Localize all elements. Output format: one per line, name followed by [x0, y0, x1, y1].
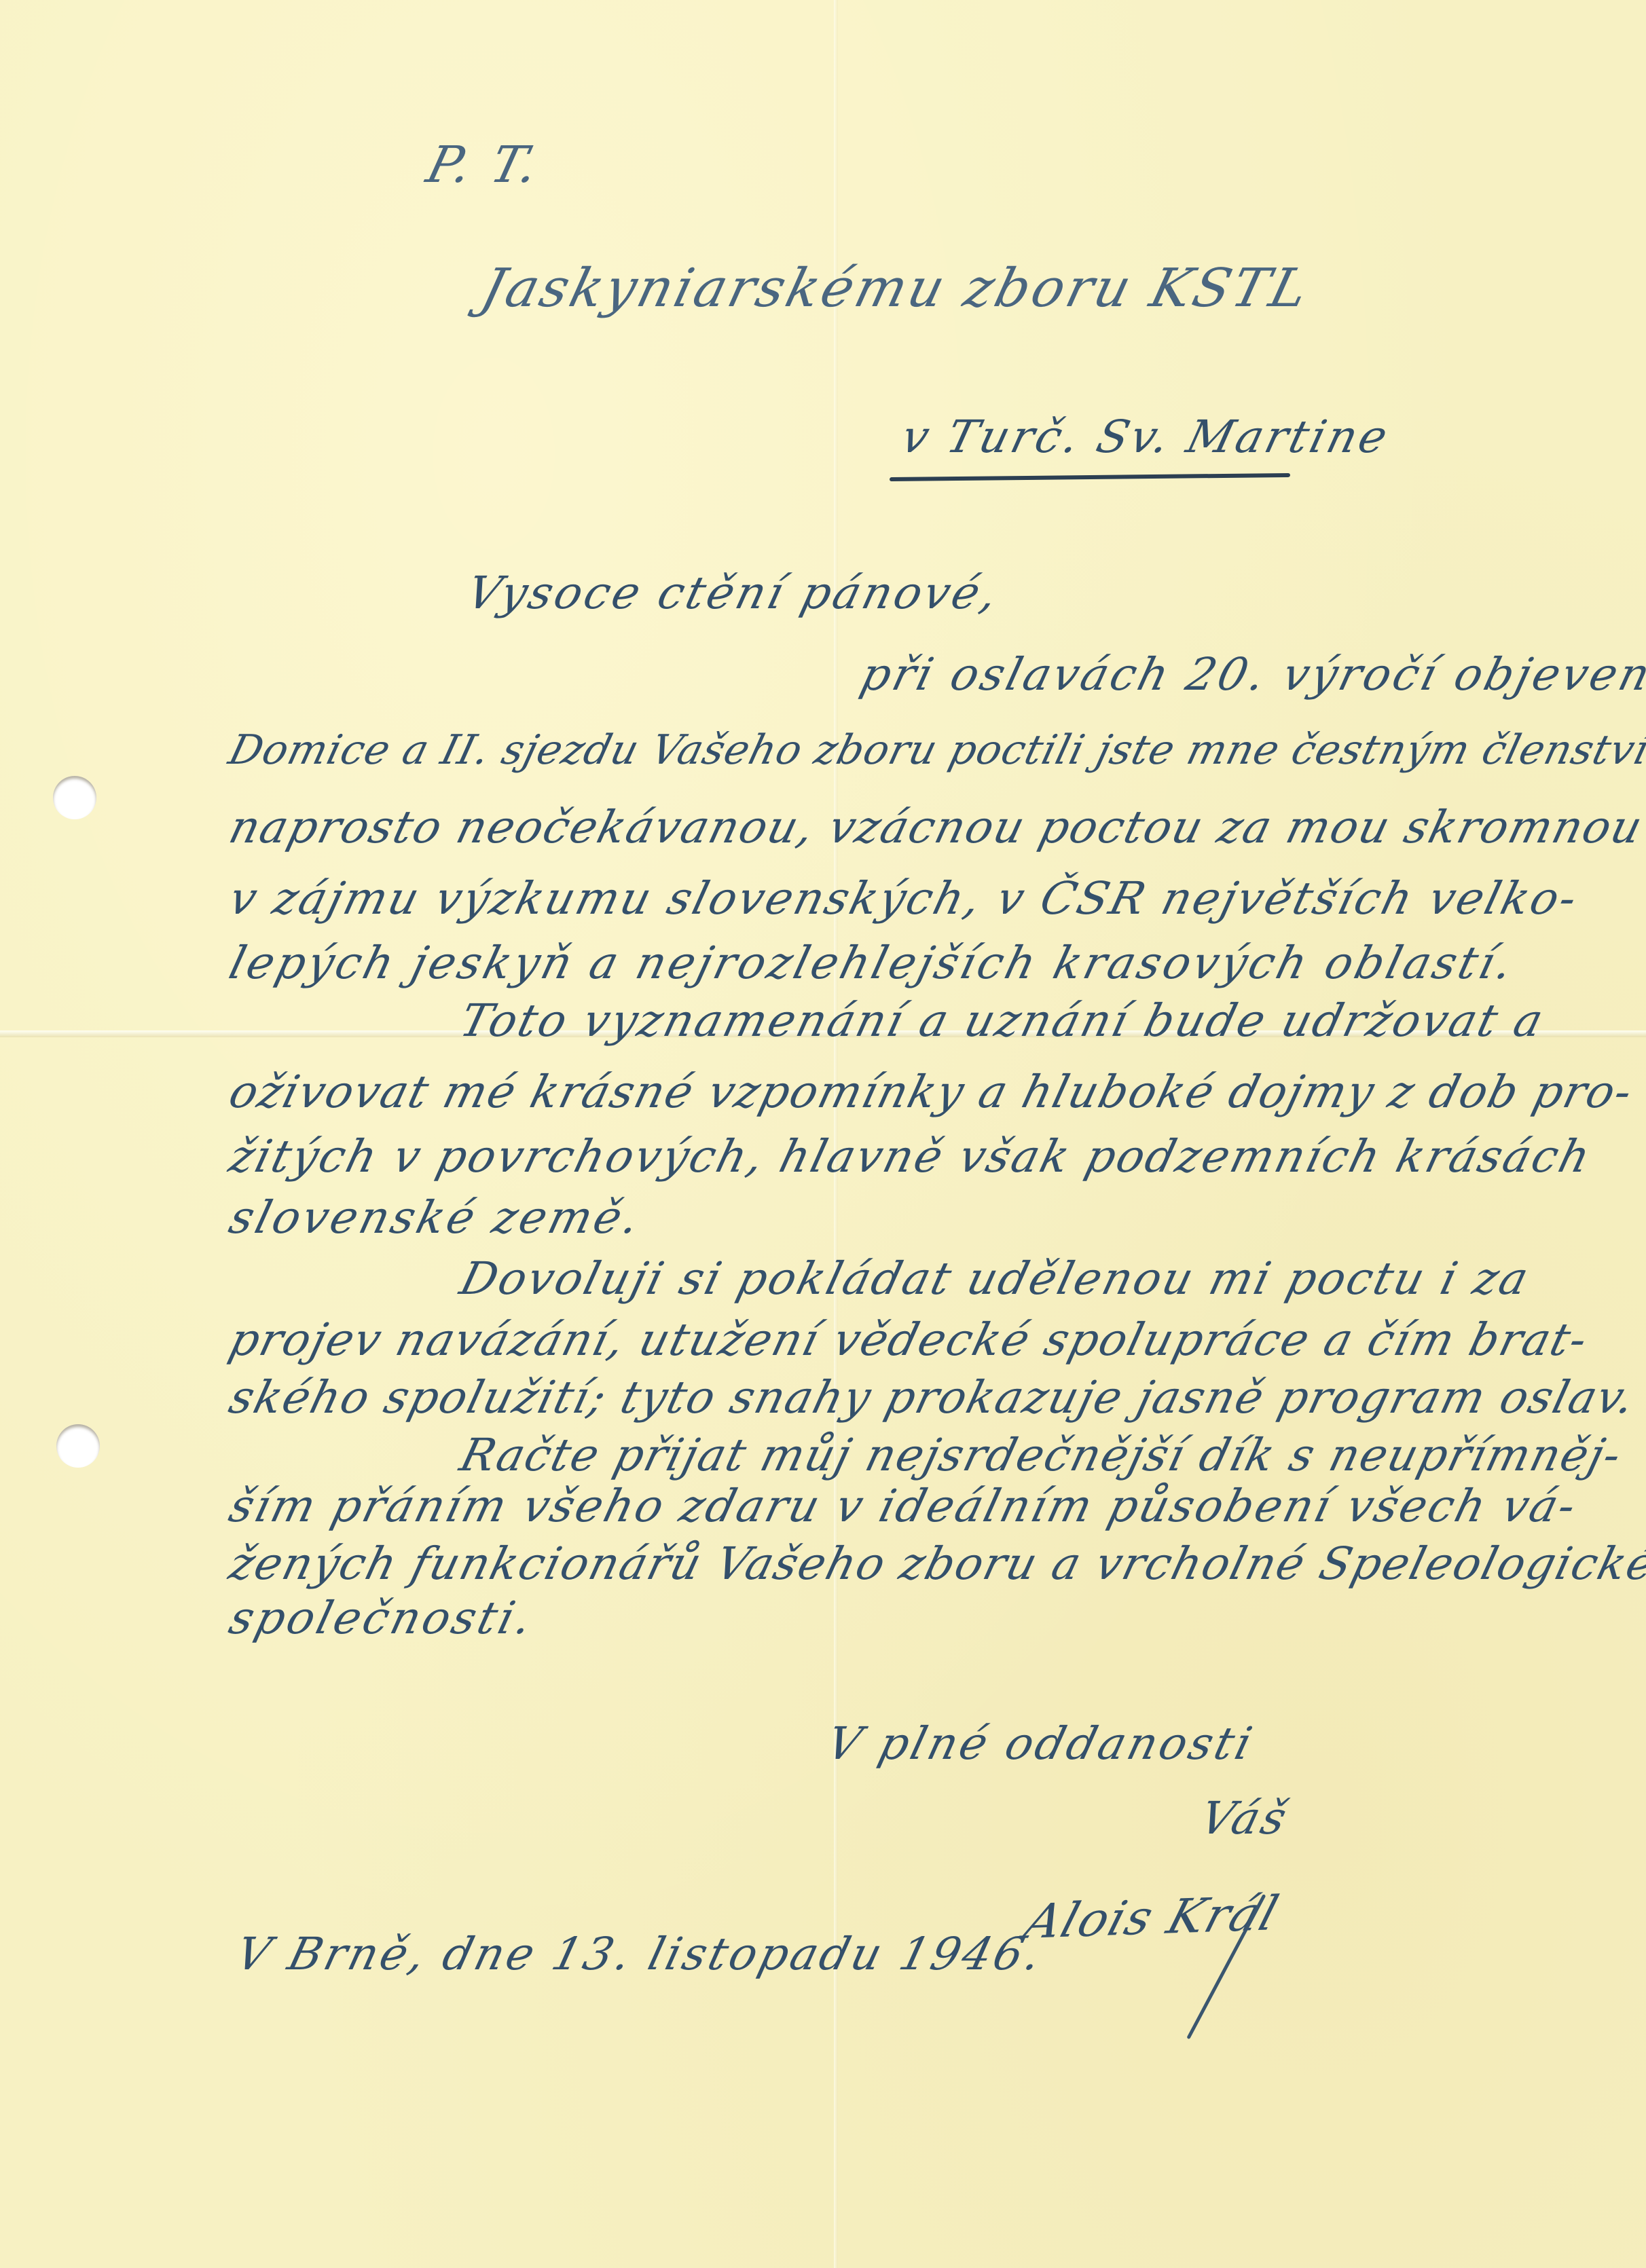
addressee-line-1: Jaskyniarskému zboru KSTL	[475, 258, 1317, 319]
punch-hole-bottom	[56, 1424, 100, 1468]
punch-hole-top	[53, 776, 96, 819]
body-line-15: žených funkcionářů Vašeho zboru a vrchol…	[224, 1538, 1646, 1590]
body-line-4: v zájmu výzkumu slovenských, v ČSR nejvě…	[224, 872, 1584, 925]
body-line-16: společnosti.	[224, 1592, 540, 1644]
body-line-8: žitých v povrchových, hlavně však podzem…	[224, 1130, 1597, 1183]
body-line-7: oživovat mé krásné vzpomínky a hluboké d…	[224, 1066, 1639, 1118]
signature: Alois Král	[1019, 1885, 1285, 1950]
closing-word: Váš	[1195, 1792, 1294, 1844]
body-line-9: slovenské země.	[224, 1191, 647, 1244]
body-line-13: Račte přijat můj nejsrdečnější dík s neu…	[455, 1429, 1628, 1481]
addressee-line-2: v Turč. Sv. Martine	[896, 411, 1395, 463]
body-line-10: Dovoluji si pokládat udělenou mi poctu i…	[455, 1252, 1535, 1305]
body-line-12: ského spolužití; tyto snahy prokazuje ja…	[224, 1371, 1641, 1424]
body-line-14: ším přáním všeho zdaru v ideálním působe…	[224, 1480, 1583, 1532]
body-line-6: Toto vyznamenání a uznání bude udržovat …	[455, 994, 1550, 1047]
body-line-5: lepých jeskyň a nejrozlehlejších krasový…	[224, 937, 1520, 989]
body-line-2: Domice a II. sjezdu Vašeho zboru poctili…	[224, 726, 1646, 774]
closing: V plné oddanosti	[822, 1717, 1260, 1770]
greeting: Vysoce ctění pánové,	[462, 567, 1005, 619]
body-line-11: projev navázání, utužení vědecké spolupr…	[224, 1314, 1594, 1366]
body-line-1: při oslavách 20. výročí objevení	[856, 648, 1646, 701]
body-line-3: naprosto neočekávanou, vzácnou poctou za…	[224, 801, 1646, 853]
place-date: V Brně, dne 13. listopadu 1946.	[231, 1928, 1049, 1980]
salutation-prefix: P. T.	[421, 136, 547, 194]
